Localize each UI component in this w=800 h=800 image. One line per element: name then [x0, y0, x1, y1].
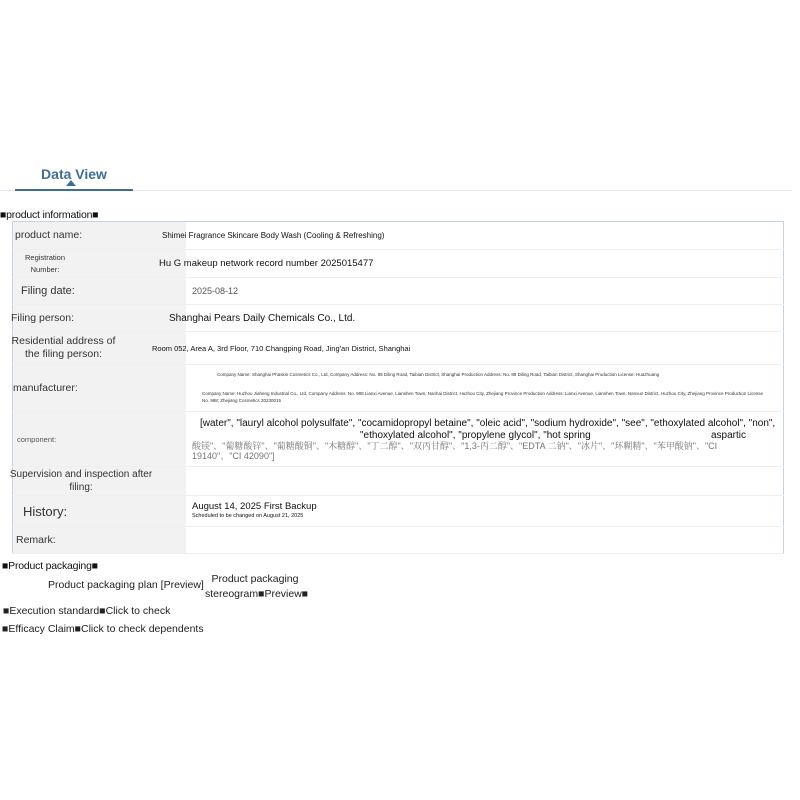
packaging-plan-preview-link[interactable]: Product packaging plan [Preview]	[48, 579, 204, 591]
label-residential-address: Residential address of the filing person…	[11, 335, 116, 361]
table-row: Filing date: 2025-08-12	[13, 278, 784, 305]
component-line-1: [water", "lauryl alcohol polysulfate", "…	[200, 418, 783, 430]
label-registration-number: Registration Number:	[13, 252, 65, 276]
section-title-product-information: ■product information■	[0, 209, 98, 221]
table-row: Remark:	[13, 527, 784, 554]
stereogram-line-1: Product packaging	[205, 572, 305, 587]
packaging-stereogram-preview-link[interactable]: Product packaging stereogram■Preview■	[205, 572, 305, 602]
table-row: manufacturer: Company Name: Shanghai Pha…	[13, 365, 784, 412]
label-component: component:	[13, 433, 186, 446]
component-line-2-tail: aspartic	[711, 430, 746, 442]
label-manufacturer: manufacturer:	[13, 382, 186, 395]
product-info-table: product name: Shimei Fragrance Skincare …	[12, 221, 784, 554]
manufacturer-line-2: Company Name: Huzhou Jiaheng Industrial …	[202, 390, 783, 404]
label-product-name: product name:	[13, 229, 186, 242]
table-row: component: [water", "lauryl alcohol poly…	[13, 412, 784, 467]
efficacy-claim-link[interactable]: ■Efficacy Claim■Click to check dependent…	[2, 623, 204, 635]
table-row: Filing person: Shanghai Pears Daily Chem…	[13, 305, 784, 332]
section-title-product-packaging: ■Product packaging■	[2, 560, 98, 572]
component-line-3: 酸镁"、"葡糖酸锌"、"葡糖酸铜"、"木糖醇"、"丁二醇"、"双丙甘醇"、"1,…	[192, 441, 783, 451]
table-row: Supervision and inspection after filing:	[13, 467, 784, 496]
value-filing-person: Shanghai Pears Daily Chemicals Co., Ltd.	[169, 313, 783, 324]
value-supervision	[186, 467, 784, 496]
value-residential-address: Room 052, Area A, 3rd Floor, 710 Changpi…	[152, 344, 783, 353]
table-row: History: August 14, 2025 First Backup Sc…	[13, 496, 784, 527]
value-history: August 14, 2025 First Backup	[192, 502, 783, 512]
tab-bar: Data View	[0, 158, 792, 191]
active-tab-caret-icon	[66, 180, 76, 186]
label-history: History:	[13, 505, 186, 518]
execution-standard-link[interactable]: ■Execution standard■Click to check	[3, 605, 170, 617]
label-remark: Remark:	[13, 534, 186, 547]
value-registration-number: Hu G makeup network record number 202501…	[159, 258, 783, 269]
manufacturer-line-1: Company Name: Shanghai Phaskin Cosmetics…	[217, 372, 783, 378]
value-history-sub: Scheduled to be changed on August 21, 20…	[192, 512, 783, 520]
value-filing-date: 2025-08-12	[192, 286, 783, 296]
component-line-2: "ethoxylated alcohol", "propylene glycol…	[360, 430, 591, 442]
label-filing-person: Filing person:	[11, 312, 186, 325]
value-remark	[186, 527, 784, 554]
stereogram-line-2: stereogram■Preview■	[205, 587, 305, 602]
table-row: product name: Shimei Fragrance Skincare …	[13, 222, 784, 250]
table-row: Residential address of the filing person…	[13, 332, 784, 365]
component-line-4: 19140"、"CI 42090"]	[192, 451, 783, 461]
tab-data-view[interactable]: Data View	[15, 158, 133, 191]
table-row: Registration Number: Hu G makeup network…	[13, 250, 784, 278]
label-filing-date: Filing date:	[13, 285, 186, 298]
label-supervision: Supervision and inspection after filing:	[1, 468, 161, 494]
value-product-name: Shimei Fragrance Skincare Body Wash (Coo…	[162, 231, 783, 240]
